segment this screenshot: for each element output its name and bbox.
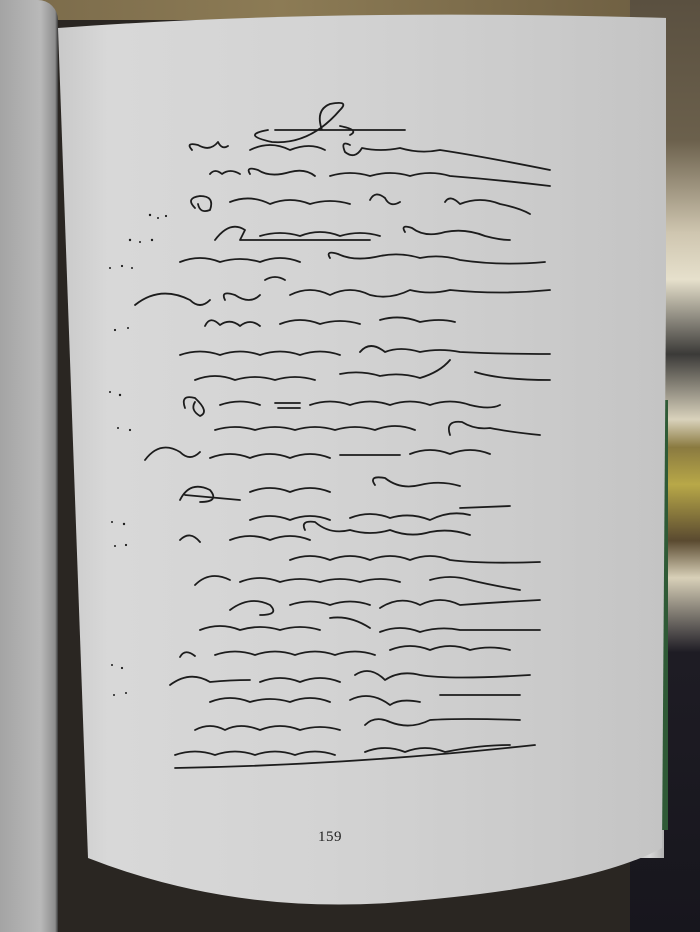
page-number: 159 [318,829,342,846]
manuscript-facsimile [100,90,580,790]
facing-page-edge [0,0,58,932]
